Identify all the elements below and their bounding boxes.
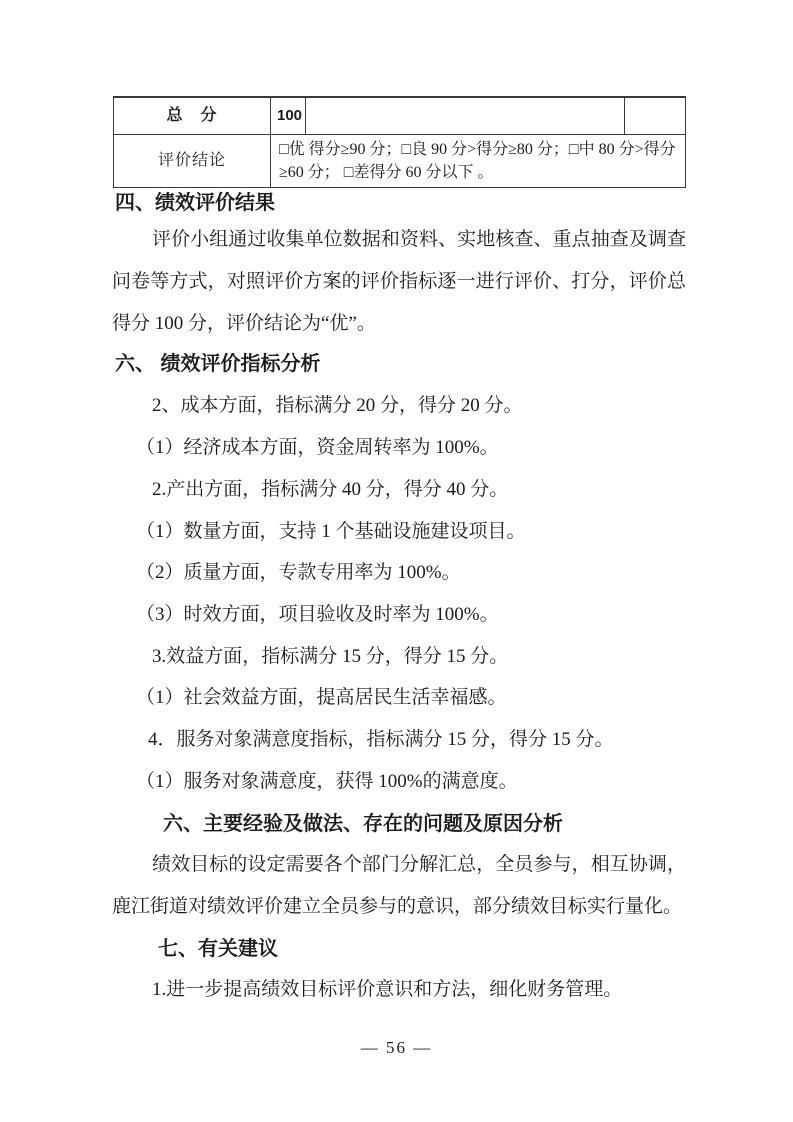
paragraph-suggestions: 1.进一步提高绩效目标评价意识和方法，细化财务管理。 (112, 969, 686, 1011)
list-item: （1）数量方面，支持 1 个基础设施建设项目。 (112, 511, 736, 553)
total-score-label: 总 分 (114, 97, 271, 135)
list-item: 2.产出方面，指标满分 40 分，得分 40 分。 (112, 469, 752, 511)
list-item: 4．服务对象满意度指标，指标满分 15 分，得分 15 分。 (112, 719, 748, 761)
conclusion-options: □优 得分≥90 分；□良 90 分>得分≥80 分；□中 80 分>得分≥60… (271, 135, 686, 188)
paragraph-evaluation-result: 评价小组通过收集单位数据和资料、实地核查、重点抽查及调查问卷等方式，对照评价方案… (112, 219, 686, 345)
heading-indicator-analysis: 六、 绩效评价指标分析 (115, 352, 321, 376)
list-item: （3）时效方面，项目验收及时率为 100%。 (112, 594, 736, 636)
total-score-value: 100 (271, 97, 306, 135)
heading-suggestions: 七、有关建议 (158, 937, 278, 961)
score-table: 总 分 100 评价结论 □优 得分≥90 分；□良 90 分>得分≥80 分；… (113, 96, 686, 188)
total-score-tail-cell (625, 97, 686, 135)
list-item: （1）经济成本方面，资金周转率为 100%。 (112, 427, 736, 469)
heading-experience-problems: 六、主要经验及做法、存在的问题及原因分析 (163, 812, 563, 836)
conclusion-label: 评价结论 (114, 135, 271, 188)
page-number: — 56 — (0, 1038, 793, 1058)
list-item: 3.效益方面，指标满分 15 分，得分 15 分。 (112, 636, 752, 678)
table-row-total: 总 分 100 (114, 97, 686, 135)
list-item: 2、成本方面，指标满分 20 分，得分 20 分。 (112, 385, 752, 427)
paragraph-experience-problems: 绩效目标的设定需要各个部门分解汇总，全员参与，相互协调，鹿江街道对绩效评价建立全… (112, 844, 686, 928)
heading-evaluation-result: 四、绩效评价结果 (115, 191, 275, 215)
total-score-detail-cell (306, 97, 625, 135)
table-row-conclusion: 评价结论 □优 得分≥90 分；□良 90 分>得分≥80 分；□中 80 分>… (114, 135, 686, 188)
document-page: 总 分 100 评价结论 □优 得分≥90 分；□良 90 分>得分≥80 分；… (0, 0, 793, 1122)
list-item: （2）质量方面，专款专用率为 100%。 (112, 552, 736, 594)
list-item: （1）服务对象满意度，获得 100%的满意度。 (112, 761, 736, 803)
list-item: （1）社会效益方面，提高居民生活幸福感。 (112, 677, 736, 719)
